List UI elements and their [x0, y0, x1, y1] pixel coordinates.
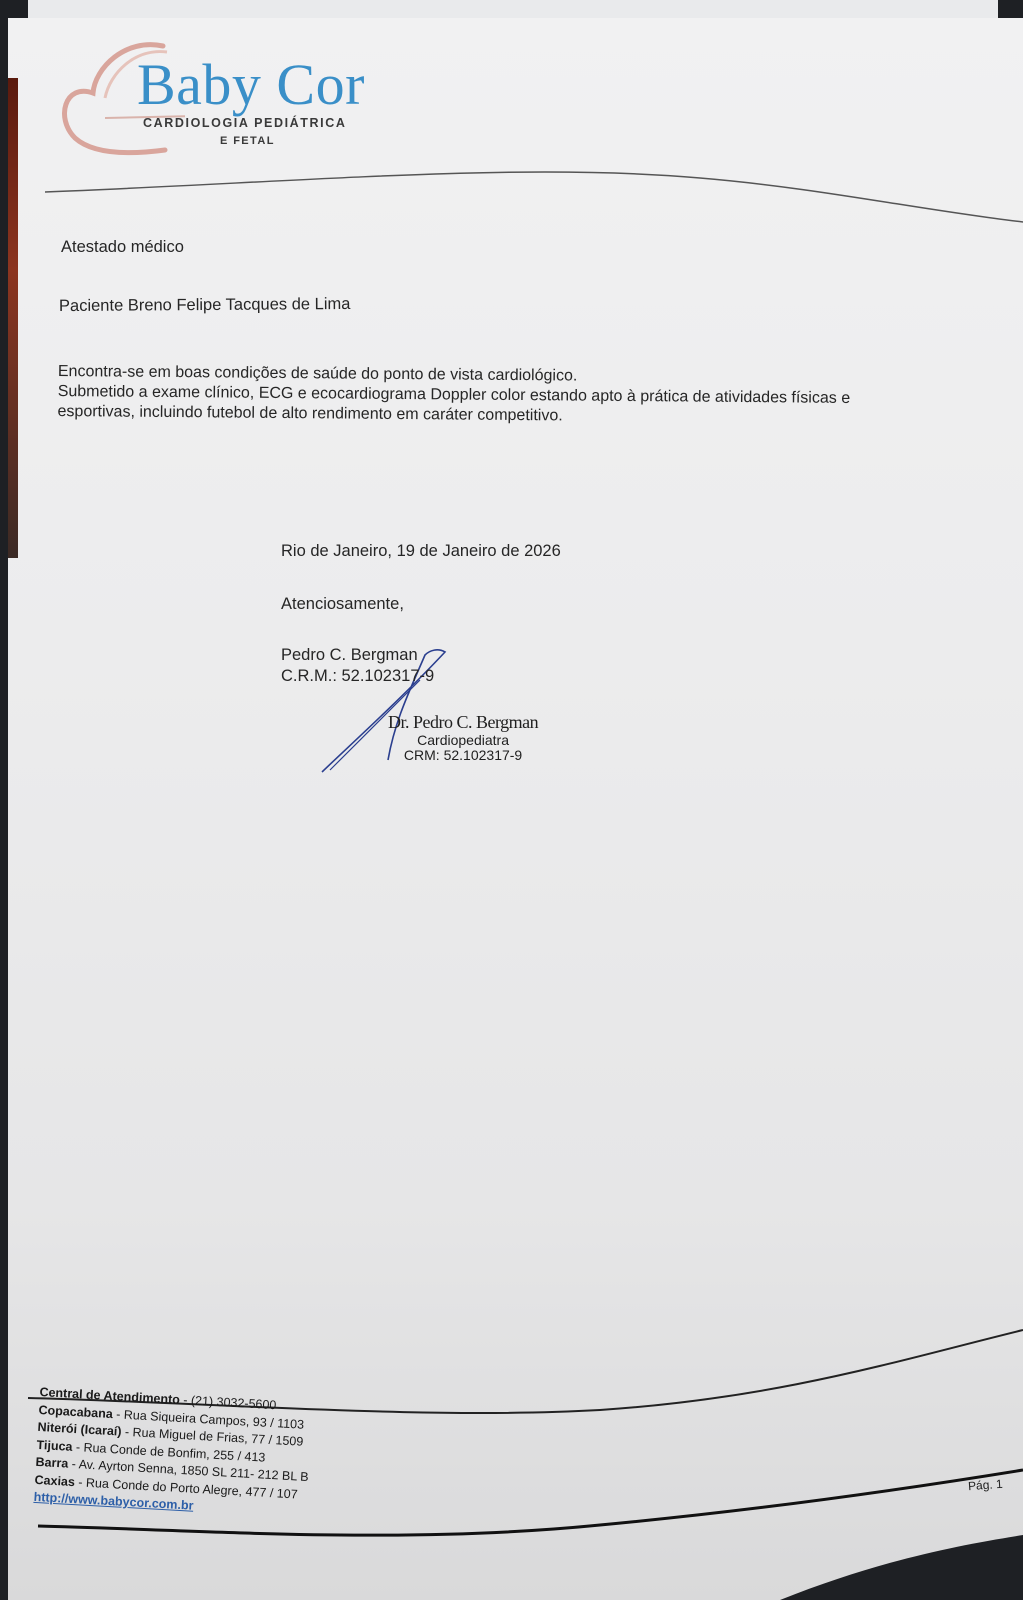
certificate-body: Encontra-se em boas condições de saúde d… [57, 362, 957, 430]
closing: Atenciosamente, [281, 595, 404, 614]
stamp-role: Cardiopediatra [388, 733, 538, 747]
doctor-stamp: Dr. Pedro C. Bergman Cardiopediatra CRM:… [388, 712, 538, 763]
page-edge [8, 78, 18, 558]
patient-name: Paciente Breno Felipe Tacques de Lima [59, 295, 351, 316]
place-date: Rio de Janeiro, 19 de Janeiro de 2026 [281, 542, 561, 561]
stamp-crm: CRM: 52.102317-9 [388, 747, 538, 763]
signer-crm: C.R.M.: 52.102317-9 [281, 667, 434, 686]
brand-subtitle: CARDIOLOGIA PEDIÁTRICA [143, 116, 347, 130]
footer-contacts: Central de Atendimento - (21) 3032-5600 … [33, 1384, 313, 1522]
signer-name: Pedro C. Bergman [281, 646, 418, 665]
page-number: Pág. 1 [968, 1477, 1004, 1493]
brand-name: Baby Cor [137, 56, 365, 114]
stamp-name: Dr. Pedro C. Bergman [388, 712, 538, 733]
brand-subtitle-2: E FETAL [220, 135, 275, 147]
document-title: Atestado médico [61, 238, 184, 257]
clinic-logo: Baby Cor CARDIOLOGIA PEDIÁTRICA E FETAL [55, 38, 395, 163]
